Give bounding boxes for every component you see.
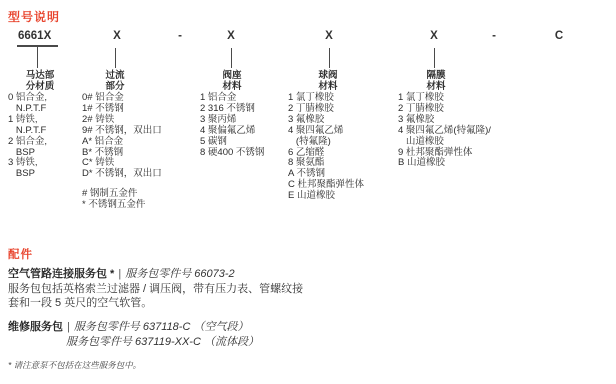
service-kit-part-air: 服务包零件号 637118-C （空气段） [74, 321, 249, 333]
column-header-seat-material: 阀座 材料 [222, 70, 241, 92]
list-item: 5 碳钢 [200, 137, 264, 148]
column-header-diaphragm-material: 隔膜 材料 [426, 70, 445, 92]
connector-line-2 [115, 48, 116, 68]
model-code-position-5: X [430, 30, 438, 42]
model-code-dash-2: - [492, 30, 496, 42]
model-code-position-2: X [113, 30, 121, 42]
model-code-suffix: C [555, 30, 563, 42]
list-item: BSP [8, 169, 47, 180]
list-item: A* 铝合金 [82, 137, 162, 148]
column-header-ball-material: 球阀 材料 [318, 70, 337, 92]
list-item: 4 聚偏氟乙烯 [200, 126, 264, 137]
list-item: 山道橡胶 [398, 137, 491, 148]
model-code-dash-1: - [178, 30, 182, 42]
column-header-wetted-section: 过流 部分 [105, 70, 124, 92]
list-item: * 不锈钢五金件 [82, 200, 162, 211]
model-code-position-3: X [227, 30, 235, 42]
list-item: N.P.T.F [8, 126, 47, 137]
column-header-motor-material: 马达部 分材质 [26, 70, 55, 92]
separator-bar: | [63, 321, 74, 333]
list-item: E 山道橡胶 [288, 191, 364, 202]
model-code-position-4: X [325, 30, 333, 42]
list-item: 8 硬400 不锈钢 [200, 148, 264, 159]
option-list-seat-material: 1 铝合金2 316 不锈钢3 聚丙烯4 聚偏氟乙烯5 碳钢8 硬400 不锈钢 [200, 93, 264, 158]
service-kit-name: 维修服务包 [8, 321, 63, 333]
list-item: 4 聚四氟乙烯(特氟隆)/ [398, 126, 491, 137]
page-title: 型号说明 [8, 8, 60, 25]
service-kit-row: 维修服务包|服务包零件号 637118-C （空气段） [8, 318, 248, 334]
page-footnote: * 请注意泵不包括在这些服务包中。 [8, 359, 141, 371]
option-list-ball-material: 1 氯丁橡胶2 丁腈橡胶3 氟橡胶4 聚四氟乙烯 (特氟隆)6 乙缩醛8 聚氨酯… [288, 93, 364, 202]
list-item: 2 铝合金, [8, 137, 47, 148]
air-line-kit-name: 空气管路连接服务包 * [8, 268, 114, 280]
air-line-kit-part-number: 服务包零件号 66073-2 [125, 268, 234, 280]
option-list-wetted-section: 0# 铝合金1# 不锈钢2# 铸铁9# 不锈钢，双出口A* 铝合金B* 不锈钢C… [82, 93, 162, 211]
list-item: 9# 不锈钢，双出口 [82, 126, 162, 137]
document-page: 型号说明 6661X X - X X X - C 马达部 分材质 过流 部分 阀… [0, 0, 616, 384]
connector-line-5 [434, 48, 435, 68]
connector-line-3 [231, 48, 232, 68]
service-kit-row-2: 服务包零件号 637119-XX-C （流体段） [66, 333, 259, 349]
connector-line-1 [37, 47, 38, 68]
air-line-kit-row: 空气管路连接服务包 *|服务包零件号 66073-2 [8, 265, 235, 281]
list-item: B 山道橡胶 [398, 158, 491, 169]
option-list-motor-material: 0 铝合金, N.P.T.F1 铸铁, N.P.T.F2 铝合金, BSP3 铸… [8, 93, 47, 180]
list-item: D* 不锈钢，双出口 [82, 169, 162, 180]
separator-bar: | [114, 268, 125, 280]
accessories-title: 配件 [8, 246, 33, 262]
list-item: (特氟隆) [288, 137, 364, 148]
model-code-prefix: 6661X [18, 30, 51, 42]
service-kit-part-fluid: 服务包零件号 637119-XX-C （流体段） [66, 336, 259, 348]
connector-line-4 [329, 48, 330, 68]
air-line-kit-description: 服务包包括英格索兰过滤器 / 调压阀，带有压力表、管螺纹接 套和一段 5 英尺的… [8, 283, 303, 310]
option-list-diaphragm-material: 1 氯丁橡胶2 丁腈橡胶3 氟橡胶4 聚四氟乙烯(特氟隆)/ 山道橡胶9 杜邦聚… [398, 93, 491, 169]
list-item: 4 聚四氟乙烯 [288, 126, 364, 137]
